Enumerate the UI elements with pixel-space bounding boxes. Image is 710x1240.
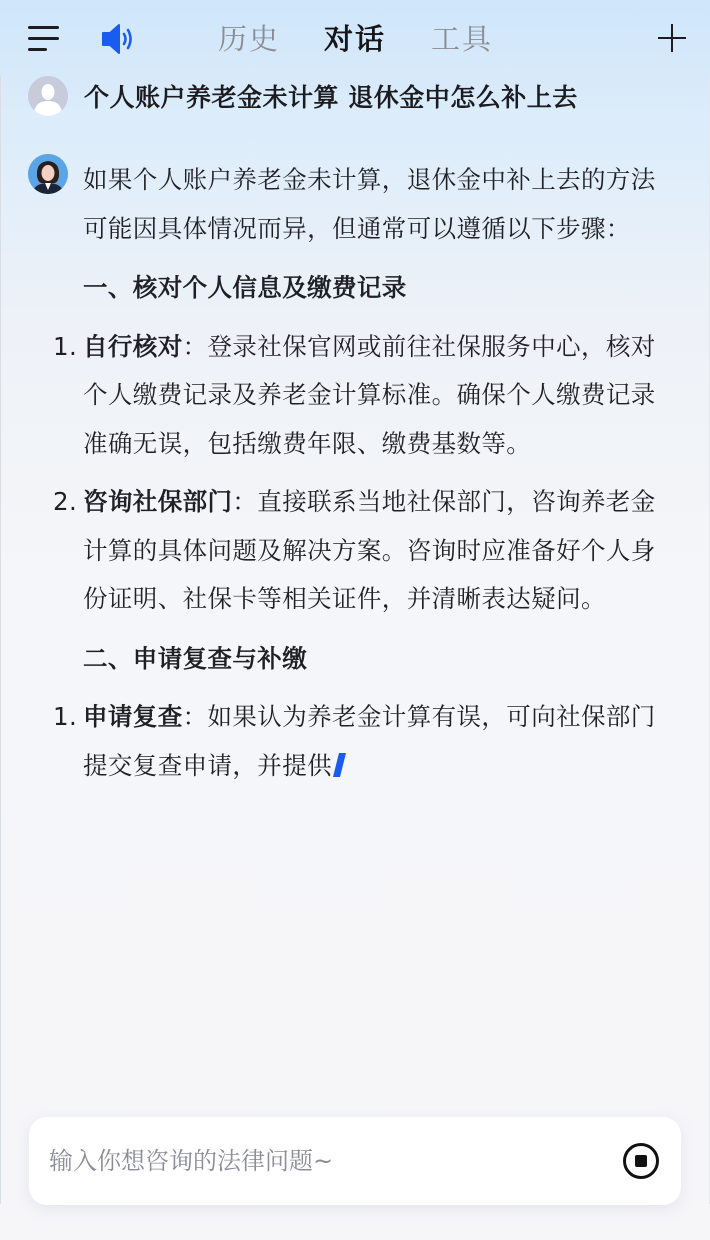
list-number: 1. <box>53 693 77 742</box>
section-title: 二、申请复查与补缴 <box>83 635 663 684</box>
list-item-title: 咨询社保部门 <box>83 487 232 516</box>
tab-bar: 历史 对话 工具 <box>0 18 710 60</box>
assistant-answer: 如果个人账户养老金未计算，退休金中补上去的方法可能因具体情况而异，但通常可以遵循… <box>83 156 663 800</box>
list-item: 1.自行核对：登录社保官网或前往社保服务中心，核对个人缴费记录及养老金计算标准。… <box>83 323 663 469</box>
tab-history[interactable]: 历史 <box>218 18 280 60</box>
list-item-title: 申请复查 <box>83 702 183 731</box>
tab-chat[interactable]: 对话 <box>324 18 386 60</box>
section-title: 一、核对个人信息及缴费记录 <box>83 264 663 313</box>
tab-tools[interactable]: 工具 <box>431 18 493 60</box>
stop-icon <box>635 1155 647 1167</box>
stop-generation-button[interactable] <box>623 1143 659 1179</box>
list-item: 1.申请复查：如果认为养老金计算有误，可向社保部门提交复查申请，并提供 <box>83 693 663 790</box>
question-input[interactable] <box>49 1137 589 1185</box>
list-number: 2. <box>53 478 77 527</box>
lawyer-avatar-icon <box>28 154 68 194</box>
answer-intro: 如果个人账户养老金未计算，退休金中补上去的方法可能因具体情况而异，但通常可以遵循… <box>83 156 663 253</box>
list-number: 1. <box>53 323 77 372</box>
user-avatar-icon <box>28 76 68 116</box>
top-bar: 历史 对话 工具 <box>0 0 710 78</box>
user-question-text: 个人账户养老金未计算 退休金中怎么补上去 <box>84 78 578 118</box>
assistant-avatar <box>28 154 68 194</box>
list-item-title: 自行核对 <box>83 332 183 361</box>
user-avatar <box>28 76 68 116</box>
new-chat-button[interactable] <box>658 24 686 52</box>
list-item: 2.咨询社保部门：直接联系当地社保部门，咨询养老金计算的具体问题及解决方案。咨询… <box>83 478 663 624</box>
chat-input-box <box>29 1117 681 1205</box>
streaming-cursor <box>333 753 346 777</box>
user-message: 个人账户养老金未计算 退休金中怎么补上去 <box>28 76 688 120</box>
